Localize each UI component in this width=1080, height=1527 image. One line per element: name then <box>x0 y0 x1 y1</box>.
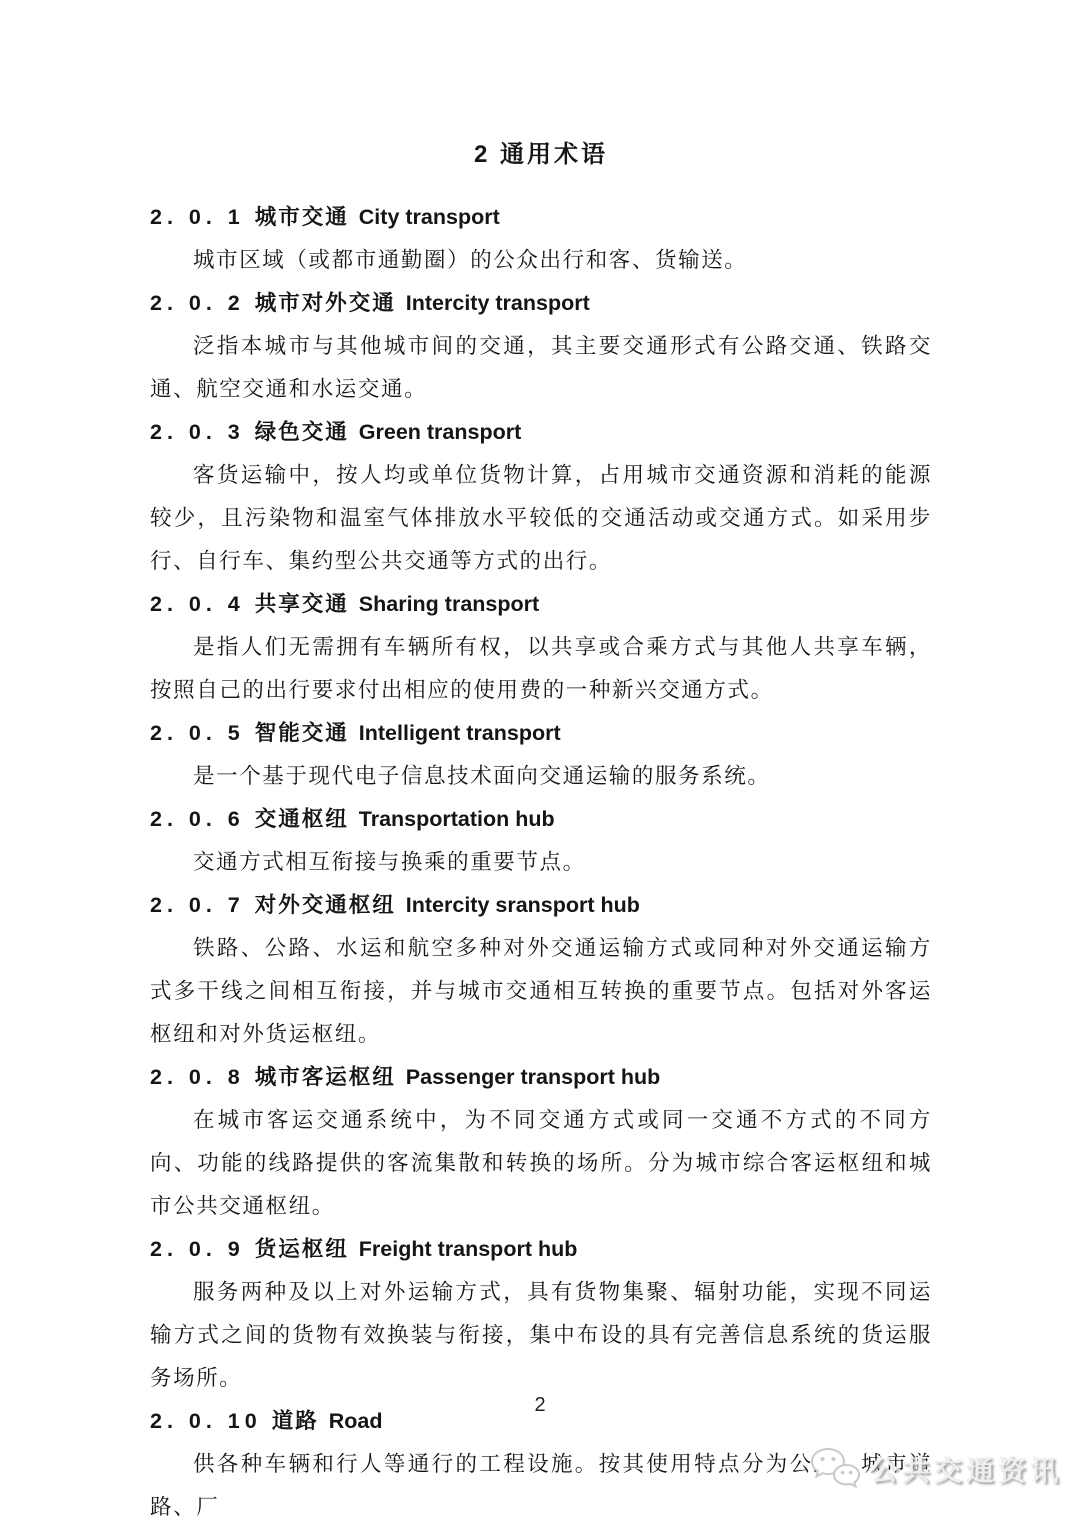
term-name-en: Freight transport hub <box>359 1237 578 1261</box>
term-number: 2. 0. 2 <box>150 291 245 315</box>
term-heading: 2. 0. 5智能交通Intelligent transport <box>150 712 932 755</box>
term-number: 2. 0. 7 <box>150 893 245 917</box>
term-number: 2. 0. 9 <box>150 1237 245 1261</box>
term-number: 2. 0. 5 <box>150 721 245 745</box>
term-name-zh: 交通枢纽 <box>255 807 349 831</box>
term-definition: 城市区域（或都市通勤圈）的公众出行和客、货输送。 <box>150 239 932 282</box>
term-entry: 2. 0. 2城市对外交通Intercity transport 泛指本城市与其… <box>150 282 932 411</box>
term-heading: 2. 0. 2城市对外交通Intercity transport <box>150 282 932 325</box>
term-name-zh: 共享交通 <box>255 592 349 616</box>
term-name-zh: 智能交通 <box>255 721 349 745</box>
page-content: 2 通用术语 2. 0. 1城市交通City transport 城市区域（或都… <box>150 138 932 1527</box>
term-definition: 泛指本城市与其他城市间的交通，其主要交通形式有公路交通、铁路交通、航空交通和水运… <box>150 325 932 411</box>
term-entry: 2. 0. 1城市交通City transport 城市区域（或都市通勤圈）的公… <box>150 196 932 282</box>
term-name-en: Sharing transport <box>359 592 539 616</box>
term-name-en: Intercity transport <box>406 291 590 315</box>
term-entry: 2. 0. 5智能交通Intelligent transport 是一个基于现代… <box>150 712 932 798</box>
term-number: 2. 0. 6 <box>150 807 245 831</box>
term-entry: 2. 0. 8城市客运枢纽Passenger transport hub 在城市… <box>150 1056 932 1228</box>
term-name-zh: 货运枢纽 <box>255 1237 349 1261</box>
watermark: 公共交通资讯 <box>809 1446 1062 1492</box>
document-page: 2 通用术语 2. 0. 1城市交通City transport 城市区域（或都… <box>0 0 1080 1527</box>
term-definition: 铁路、公路、水运和航空多种对外交通运输方式或同种对外交通运输方式多干线之间相互衔… <box>150 927 932 1056</box>
term-name-en: Passenger transport hub <box>406 1065 660 1089</box>
term-heading: 2. 0. 1城市交通City transport <box>150 196 932 239</box>
term-heading: 2. 0. 3绿色交通Green transport <box>150 411 932 454</box>
term-name-zh: 城市交通 <box>255 205 349 229</box>
term-definition: 服务两种及以上对外运输方式，具有货物集聚、辐射功能，实现不同运输方式之间的货物有… <box>150 1271 932 1400</box>
term-heading: 2. 0. 8城市客运枢纽Passenger transport hub <box>150 1056 932 1099</box>
term-definition: 是一个基于现代电子信息技术面向交通运输的服务系统。 <box>150 755 932 798</box>
term-heading: 2. 0. 9货运枢纽Freight transport hub <box>150 1228 932 1271</box>
term-definition: 客货运输中，按人均或单位货物计算，占用城市交通资源和消耗的能源较少，且污染物和温… <box>150 454 932 583</box>
term-number: 2. 0. 4 <box>150 592 245 616</box>
term-number: 2. 0. 3 <box>150 420 245 444</box>
term-heading: 2. 0. 7对外交通枢纽Intercity sransport hub <box>150 884 932 927</box>
term-number: 2. 0. 8 <box>150 1065 245 1089</box>
term-definition: 是指人们无需拥有车辆所有权，以共享或合乘方式与其他人共享车辆，按照自己的出行要求… <box>150 626 932 712</box>
term-name-zh: 对外交通枢纽 <box>255 893 396 917</box>
term-definition: 在城市客运交通系统中，为不同交通方式或同一交通不方式的不同方向、功能的线路提供的… <box>150 1099 932 1228</box>
term-definition: 交通方式相互衔接与换乘的重要节点。 <box>150 841 932 884</box>
term-name-zh: 城市客运枢纽 <box>255 1065 396 1089</box>
term-name-zh: 绿色交通 <box>255 420 349 444</box>
section-title: 2 通用术语 <box>150 138 932 172</box>
page-number: 2 <box>0 1394 1080 1417</box>
term-entry: 2. 0. 4共享交通Sharing transport 是指人们无需拥有车辆所… <box>150 583 932 712</box>
term-number: 2. 0. 1 <box>150 205 245 229</box>
term-name-en: Intelligent transport <box>359 721 561 745</box>
term-name-en: City transport <box>359 205 500 229</box>
term-entry: 2. 0. 9货运枢纽Freight transport hub 服务两种及以上… <box>150 1228 932 1400</box>
term-name-en: Green transport <box>359 420 521 444</box>
term-name-en: Intercity sransport hub <box>406 893 640 917</box>
term-name-zh: 城市对外交通 <box>255 291 396 315</box>
term-entry: 2. 0. 6交通枢纽Transportation hub 交通方式相互衔接与换… <box>150 798 932 884</box>
term-name-en: Transportation hub <box>359 807 555 831</box>
term-entry: 2. 0. 7对外交通枢纽Intercity sransport hub 铁路、… <box>150 884 932 1056</box>
watermark-label: 公共交通资讯 <box>870 1449 1062 1489</box>
term-entry: 2. 0. 3绿色交通Green transport 客货运输中，按人均或单位货… <box>150 411 932 583</box>
term-heading: 2. 0. 4共享交通Sharing transport <box>150 583 932 626</box>
wechat-icon <box>809 1446 861 1492</box>
term-heading: 2. 0. 6交通枢纽Transportation hub <box>150 798 932 841</box>
